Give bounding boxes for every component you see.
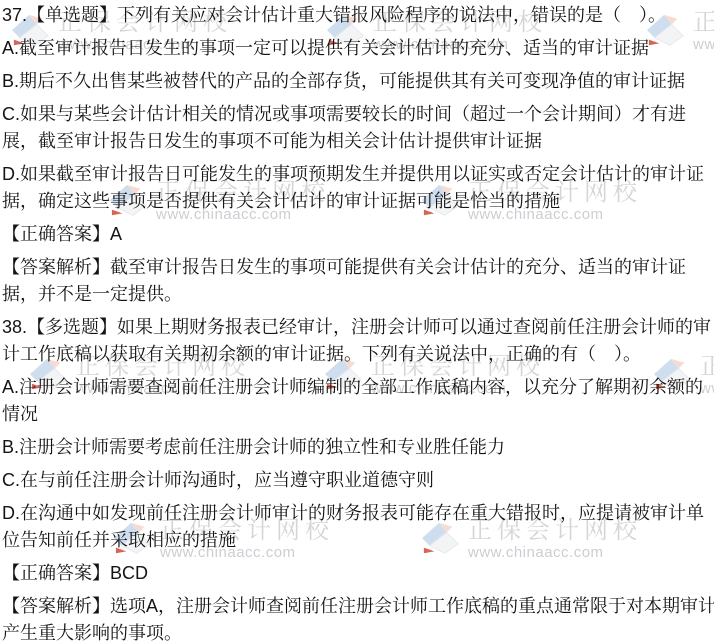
q37-stem: 37.【单选题】下列有关应对会计估计重大错报风险程序的说法中，错误的是（ ）。 [2,2,714,29]
text-line: 【正确答案】A [2,221,714,248]
text-line: C.在与前任注册会计师沟通时，应当遵守职业道德守则 [2,467,714,494]
q37-correct-answer: 【正确答案】A [2,221,714,248]
text-line: C.如果与某些会计估计相关的情况或事项需要较长的时间（超过一个会计期间）才有进 [2,101,714,128]
text-line: 【正确答案】BCD [2,560,714,587]
text-line: D.在沟通中如发现前任注册会计师审计的财务报表可能存在重大错报时，应提请被审计单 [2,500,714,527]
q37-option-c: C.如果与某些会计估计相关的情况或事项需要较长的时间（超过一个会计期间）才有进展… [2,101,714,155]
text-line: B.注册会计师需要考虑前任注册会计师的独立性和专业胜任能力 [2,434,714,461]
text-line: A.截至审计报告日发生的事项一定可以提供有关会计估计的充分、适当的审计证据 [2,35,714,62]
q38-analysis: 【答案解析】选项A，注册会计师查阅前任注册会计师工作底稿的重点通常限于对本期审计… [2,593,714,642]
text-line: B.期后不久出售某些被替代的产品的全部存货，可能提供其有关可变现净值的审计证据 [2,68,714,95]
text-line: 37.【单选题】下列有关应对会计估计重大错报风险程序的说法中，错误的是（ ）。 [2,2,714,29]
q38-option-c: C.在与前任注册会计师沟通时，应当遵守职业道德守则 [2,467,714,494]
q38-correct-answer: 【正确答案】BCD [2,560,714,587]
q38-option-b: B.注册会计师需要考虑前任注册会计师的独立性和专业胜任能力 [2,434,714,461]
q37-option-b: B.期后不久出售某些被替代的产品的全部存货，可能提供其有关可变现净值的审计证据 [2,68,714,95]
text-line: 产生重大影响的事项。 [2,620,714,642]
text-line: 38.【多选题】如果上期财务报表已经审计，注册会计师可以通过查阅前任注册会计师的… [2,314,714,341]
text-line: D.如果截至审计报告日可能发生的事项预期发生并提供用以证实或否定会计估计的审计证 [2,161,714,188]
text-line: 计工作底稿以获取有关期初余额的审计证据。下列有关说法中，正确的有（ ）。 [2,341,714,368]
document-body: 37.【单选题】下列有关应对会计估计重大错报风险程序的说法中，错误的是（ ）。A… [0,0,714,642]
text-line: 展，截至审计报告日发生的事项不可能为相关会计估计提供审计证据 [2,128,714,155]
q38-option-a: A.注册会计师需要查阅前任注册会计师编制的全部工作底稿内容，以充分了解期初余额的… [2,374,714,428]
text-line: 【答案解析】截至审计报告日发生的事项可能提供有关会计估计的充分、适当的审计证 [2,254,714,281]
q38-stem: 38.【多选题】如果上期财务报表已经审计，注册会计师可以通过查阅前任注册会计师的… [2,314,714,368]
q37-option-d: D.如果截至审计报告日可能发生的事项预期发生并提供用以证实或否定会计估计的审计证… [2,161,714,215]
text-line: 位告知前任并采取相应的措施 [2,527,714,554]
exam-question-page: 正保会计网校www.chinaacc.com 正保会计网校www.chinaac… [0,0,714,642]
text-line: 【答案解析】选项A，注册会计师查阅前任注册会计师工作底稿的重点通常限于对本期审计 [2,593,714,620]
q37-analysis: 【答案解析】截至审计报告日发生的事项可能提供有关会计估计的充分、适当的审计证据，… [2,254,714,308]
text-line: 据，并不是一定提供。 [2,281,714,308]
text-line: A.注册会计师需要查阅前任注册会计师编制的全部工作底稿内容，以充分了解期初余额的 [2,374,714,401]
q38-option-d: D.在沟通中如发现前任注册会计师审计的财务报表可能存在重大错报时，应提请被审计单… [2,500,714,554]
q37-option-a: A.截至审计报告日发生的事项一定可以提供有关会计估计的充分、适当的审计证据 [2,35,714,62]
text-line: 情况 [2,401,714,428]
text-line: 据，确定这些事项是否提供有关会计估计的审计证据可能是恰当的措施 [2,188,714,215]
